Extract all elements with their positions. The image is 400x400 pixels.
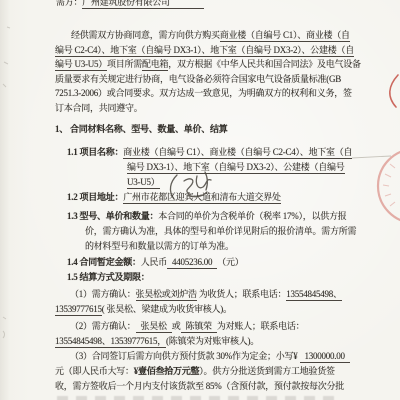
seal-inner-text-marks (383, 164, 395, 206)
clause-2-text: 或 (172, 321, 181, 331)
deposit-amount-underlined: 1300000.00 (300, 351, 350, 363)
section-1-heading: 1、 合同材料名称、型号、数量、单价、结算 (55, 123, 228, 135)
item-1-3-line-2: 价，需方确认为准，具体的型号和单价详见附后的报价清单。需方所需 (85, 225, 356, 237)
contract-amount-underlined: 4405236.00 (167, 257, 217, 269)
clause-2-text: 为对账人；联系电话： (217, 321, 305, 331)
item-1-1-label: 1.1 项目名称： (67, 147, 123, 157)
section-1-heading-text: 1、 合同材料名称、型号、数量、单价、结算 (55, 124, 228, 134)
red-seal-stamp (378, 149, 400, 223)
clause-1-prefix: （1）需方确认： (70, 289, 136, 299)
preamble-line-1: 经供需双方协商同意，需方向供方购买商业楼（自编号 C1）、商业楼（自 (71, 29, 350, 41)
noise-mark (4, 62, 8, 64)
reconciler-name-underlined: 张昊松 (136, 321, 172, 333)
clause-2-line-2: 13554845498、13539777615，(陈镇荣为对账审核人)。 (55, 335, 259, 347)
preamble-line-3: 编号 U3-U5）项目所需配电箱，双方根据《中华人民共和国合同法》及电气设备 (55, 58, 361, 70)
item-1-3-text: 的材料型号和数量以需方的订单为准。 (85, 241, 234, 251)
reconciler-name-underlined: 陈镇荣 (181, 321, 217, 333)
project-names-underlined: 商业楼（自编号 C1）、商业楼（自 (220, 30, 350, 42)
handwriting-stroke (196, 176, 211, 188)
item-1-2-label: 1.2 项目地址： (67, 192, 123, 202)
preamble-line-5: 7251.3-2006）或合同要求。双方达成一致意见，为明确双方的权利和义务，签 (55, 87, 352, 99)
item-1-3-text: 价，需方确认为准，具体的型号和单价详见附后的报价清单。需方所需 (85, 226, 356, 236)
preamble-text: 质量要求有关规定进行协商，电气设备必须符合国家电气设备质量标准(GB (55, 74, 341, 84)
clause-3-text: 收，需方签收后一个月内支付该货款至 85%（含预付款，预付款按每次分批 (55, 381, 344, 391)
clause-3-text: ）。供方分批送货到需方工地验货签 (199, 366, 335, 376)
clause-2-prefix: （2）需方确认： (70, 321, 136, 331)
preamble-text: 7251.3-2006）或合同要求。双方达成一致意见，为明确双方的权利和义务，签 (55, 88, 352, 98)
currency-label: 人民币 (141, 257, 167, 267)
currency-unit: （元） (217, 257, 243, 267)
noise-mark (3, 331, 5, 338)
preamble-line-4: 质量要求有关规定进行协商，电气设备必须符合国家电气设备质量标准(GB (55, 73, 341, 85)
scanned-contract-page: 需方：广州建筑股份有限公司 经供需双方协商同意，需方向供方购买商业楼（自编号 C… (0, 0, 400, 400)
item-1-3-label: 1.3 型号、单价和数量： (67, 211, 158, 221)
noise-mark (3, 84, 6, 87)
red-pen-mark (390, 75, 398, 107)
scan-artifact-line (352, 156, 391, 158)
clause-3-line-3: 收，需方签收后一个月内支付该货款至 85%（含预付款，预付款按每次分批 (55, 380, 344, 392)
clause-3-text: （3）合同签订后需方向供方预付货款 30%作为定金；小写¥ (70, 351, 300, 361)
clause-1-text: 为收货人；联系电话： (197, 289, 287, 299)
project-names-underlined: 商业楼（自编号 C1）、商业楼（自编号 C2-C4）、地下室（自 (123, 147, 352, 159)
project-names-underlined: 编号 U3-U5） (55, 59, 107, 71)
item-1-1-line-3: U3-U5） (127, 176, 160, 188)
preamble-text: ，双方根据《中华人民共和国合同法》及电气设备 (168, 59, 361, 69)
preamble-line-6: 订本合同，共同遵守。 (55, 102, 143, 114)
item-1-5-label: 1.5 结算方式及期限： (67, 272, 150, 282)
clause-3-line-2: 元（即人民币大写：¥壹佰叁拾万元整）。供方分批送货到需方工地验货签 (55, 365, 335, 377)
seal-outer-ring (378, 149, 400, 223)
phone-numbers-underlined: 13554845498、13539777615， (55, 336, 166, 348)
item-1-1-line-1: 1.1 项目名称：商业楼（自编号 C1）、商业楼（自编号 C2-C4）、地下室（… (67, 146, 352, 158)
clause-3-line-1: （3）合同签订后需方向供方预付货款 30%作为定金；小写¥ 1300000.00 (70, 350, 350, 362)
phone-number-underlined: 13539777615 (55, 304, 102, 316)
item-1-3-line-3: 的材料型号和数量以需方的订单为准。 (85, 240, 234, 252)
item-1-3-text: 本合同的单价为含税单价（税率 17%），以供方报 (158, 211, 346, 221)
item-1-2-line: 1.2 项目地址：广州市花都区迎宾大道和清布大道交界处 (67, 191, 281, 203)
seal-text-dash (390, 164, 395, 168)
preamble-text: 经供需双方协商同意，需方向供方购买 (71, 30, 220, 40)
buyer-line: 需方：广州建筑股份有限公司 (56, 0, 204, 8)
buyer-name: 广州建筑股份有限公司 (82, 0, 204, 9)
clause-1-line-2: 13539777615( 张昊松、梁建成为收货审核人)。 (55, 303, 232, 315)
clause-1-text: ( 张昊松、梁建成为收货审核人)。 (102, 304, 232, 314)
amount-in-words-bold: ¥壹佰叁拾万元整 (134, 366, 200, 376)
project-names-underlined: 编号 DX3-1）、地下室（自编号 DX3-2）、公建楼（自编号 (127, 162, 345, 174)
buyer-label: 需方： (56, 0, 82, 7)
receiver-names-underlined: 张昊松或刘炉浩 (136, 289, 197, 301)
project-names-underlined: U3-U5） (127, 177, 160, 189)
item-1-3-line-1: 1.3 型号、单价和数量：本合同的单价为含税单价（税率 17%），以供方报 (67, 210, 347, 222)
clause-2-line-1: （2）需方确认：张昊松或陈镇荣为对账人；联系电话： (70, 320, 304, 332)
preamble-text: 项目所需 (107, 59, 142, 69)
preamble-line-2: 编号 C2-C4）、地下室（自编号 DX3-1）、地下室（自编号 DX3-2）、… (55, 44, 354, 56)
project-address-underlined: 广州市花都区迎宾大道和清布大道交界处 (123, 192, 281, 204)
project-names-underlined: 编号 C2-C4）、地下室（自编号 DX3-1）、地下室（自编号 DX3-2）、… (55, 45, 354, 57)
phone-number-underlined: 13554845498、 (286, 289, 342, 301)
item-1-4-label: 1.4 合同暂定金额： (67, 257, 141, 267)
clause-3-text: 元（即人民币大写： (55, 366, 134, 376)
clipped-bottom-line (57, 396, 342, 400)
left-margin-noise (3, 27, 10, 338)
item-1-1-line-2: 编号 DX3-1）、地下室（自编号 DX3-2）、公建楼（自编号 (127, 161, 345, 173)
noise-mark (3, 317, 6, 319)
handwriting-stroke (205, 172, 207, 190)
seal-text-dash (385, 174, 391, 177)
item-1-4-line: 1.4 合同暂定金额：人民币4405236.00（元） (67, 256, 244, 268)
item-1-5-label-line: 1.5 结算方式及期限： (67, 271, 150, 283)
clause-2-text: (陈镇荣为对账审核人)。 (166, 336, 259, 346)
equipment-name-underlined: 配电箱 (142, 59, 168, 71)
noise-mark (7, 27, 10, 28)
seal-text-dash (385, 194, 391, 196)
seal-text-dash (383, 185, 389, 186)
clause-1-line-1: （1）需方确认：张昊松或刘炉浩 为收货人；联系电话：13554845498、 (70, 288, 342, 300)
preamble-text: 订本合同，共同遵守。 (55, 103, 143, 113)
seal-text-dash (390, 202, 395, 206)
